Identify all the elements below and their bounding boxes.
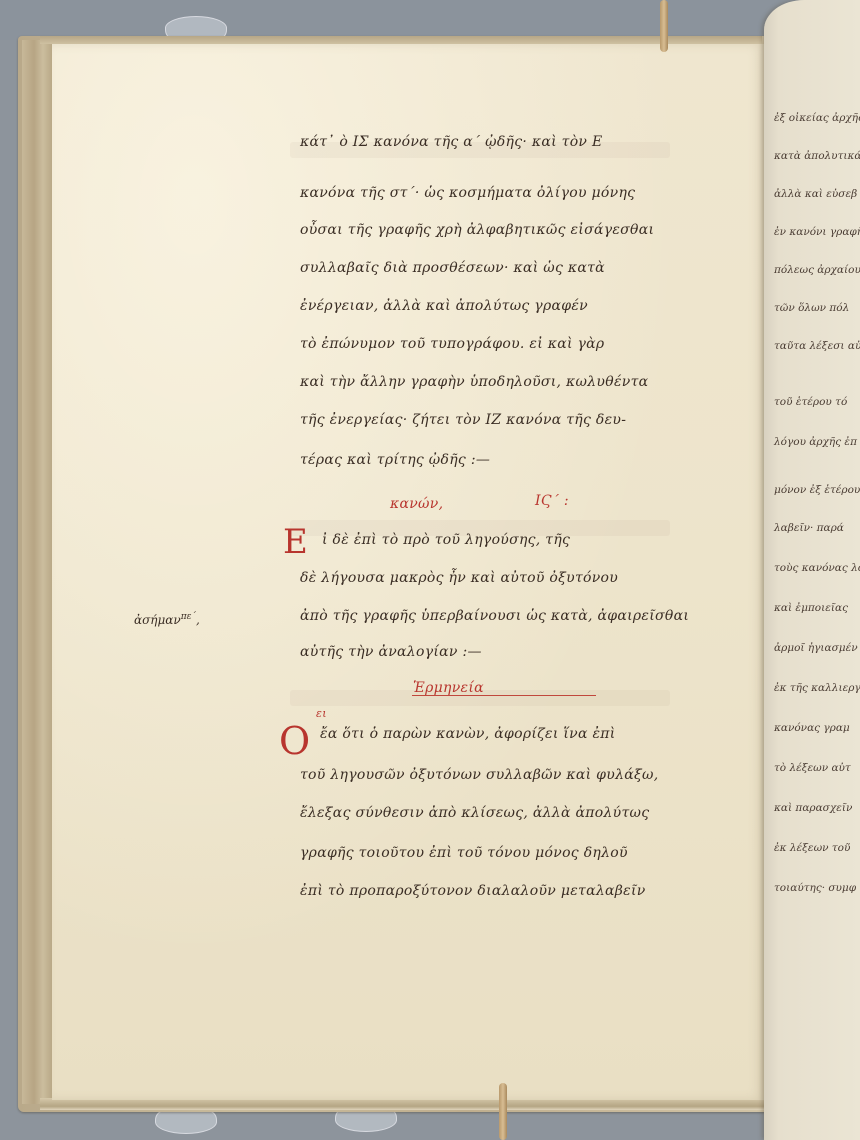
margin-note-suffix: , [196, 613, 200, 627]
rubric-heading-number: ΙϚ΄ : [535, 493, 569, 509]
facing-text-line: ἀρμοῖ ἠγιασμέν [774, 642, 858, 654]
rubric-underline [412, 695, 596, 696]
red-initial-omicron: Ο [279, 722, 310, 760]
facing-text-line: καὶ παρασχεῖν [774, 802, 852, 814]
page-holder-stick-bottom [499, 1083, 507, 1140]
facing-text-line: λαβεῖν· παρά [774, 522, 844, 534]
text-line: τὸ ἐπώνυμον τοῦ τυπογράφου. εἰ καὶ γὰρ [300, 336, 604, 352]
facing-text-line: μόνον ἐξ ἑτέρου [774, 484, 860, 496]
margin-note-superscript: πε΄ [181, 612, 196, 622]
margin-note-text: ἀσήμαν [134, 613, 181, 627]
facing-text-line: τῶν ὅλων πόλ [774, 302, 849, 314]
page-clip-bottom-left [155, 1110, 217, 1134]
facing-text-line: ταῦτα λέξεσι αὐτ [774, 340, 860, 352]
text-line: τέρας καὶ τρίτης ᾠδῆς :— [300, 452, 490, 468]
facing-text-line: ἐξ οἰκείας ἀρχῆς ε [774, 112, 860, 124]
text-line: ἔα ὅτι ὁ παρὼν κανὼν, ἀφορίζει ἵνα ἐπὶ [320, 726, 616, 742]
text-line: ἰ δὲ ἐπὶ τὸ πρὸ τοῦ ληγούσης, τῆς [322, 532, 570, 548]
facing-text-line: τοιαύτης· συμφ [774, 882, 856, 894]
text-line: ἔλεξας σύνθεσιν ἀπὸ κλίσεως, ἀλλὰ ἀπολύτ… [300, 805, 649, 821]
facing-text-line: ἐκ λέξεων τοῦ [774, 842, 850, 854]
initial-superscript: ει [316, 707, 327, 720]
text-line: δὲ λήγουσα μακρὸς ἦν καὶ αὐτοῦ ὀξυτόνου [300, 570, 618, 586]
text-line: τοῦ ληγουσῶν ὀξυτόνων συλλαβῶν καὶ φυλάξ… [300, 767, 658, 783]
text-line: συλλαβαῖς διὰ προσθέσεων· καὶ ὡς κατὰ [300, 260, 605, 276]
text-line: κανόνα τῆς στ΄· ὡς κοσμήματα ὀλίγου μόνη… [300, 185, 635, 201]
facing-text-line: ἐκ τῆς καλλιεργ [774, 682, 860, 694]
facing-text-line: καὶ ἐμποιεῖας [774, 602, 848, 614]
text-line: ἐπὶ τὸ προπαροξύτονον διαλαλοῦν μεταλαβε… [300, 883, 646, 899]
text-line: αὐτῆς τὴν ἀναλογίαν :— [300, 644, 482, 660]
text-line: κάτ᾿ ὸ ΙΣ κανόνα τῆς α΄ ᾠδῆς· καὶ τὸν Ε [300, 134, 603, 150]
text-line: τῆς ἐνεργείας· ζήτει τὸν ΙΖ κανόνα τῆς δ… [300, 412, 626, 428]
facing-text-line: λόγου ἀρχῆς ἐπ [774, 436, 857, 448]
book-top-edge [40, 36, 762, 44]
text-line: γραφῆς τοιοῦτου ἐπὶ τοῦ τόνου μόνος δηλο… [300, 845, 628, 861]
facing-text-line: τοῦ ἑτέρου τό [774, 396, 847, 408]
text-line: ἐνέργειαν, ἀλλὰ καὶ ἀπολύτως γραφέν [300, 298, 588, 314]
page-holder-stick-top [660, 0, 668, 52]
facing-text-line: τοὺς κανόνας λο [774, 562, 860, 574]
facing-text-line: κατὰ ἀπολυτικά [774, 150, 860, 162]
book-spine [22, 40, 52, 1104]
rubric-heading-interpretation: Ἑρμηνεία [413, 680, 484, 696]
text-line: οὖσαι τῆς γραφῆς χρὴ ἀλφαβητικῶς εἰσάγεσ… [300, 222, 654, 238]
facing-text-line: πόλεως ἀρχαίου [774, 264, 860, 276]
facing-text-line: τὸ λέξεων αὐτ [774, 762, 851, 774]
facing-text-line: ἀλλὰ καὶ εὐσεβ [774, 188, 857, 200]
backdrop [0, 0, 860, 40]
margin-note: ἀσήμανπε΄, [134, 612, 200, 627]
facing-text-line: ἐν κανόνι γραφῆς [774, 226, 860, 238]
text-line: ἀπὸ τῆς γραφῆς ὑπερβαίνουσι ὡς κατὰ, ἀφα… [300, 608, 689, 624]
red-initial-epsilon: Ε [283, 525, 308, 559]
text-line: καὶ τὴν ἄλλην γραφὴν ὑποδηλοῦσι, κωλυθέν… [300, 374, 648, 390]
rubric-heading-canon: κανών, [390, 496, 443, 512]
facing-text-line: κανόνας γραμ [774, 722, 850, 734]
